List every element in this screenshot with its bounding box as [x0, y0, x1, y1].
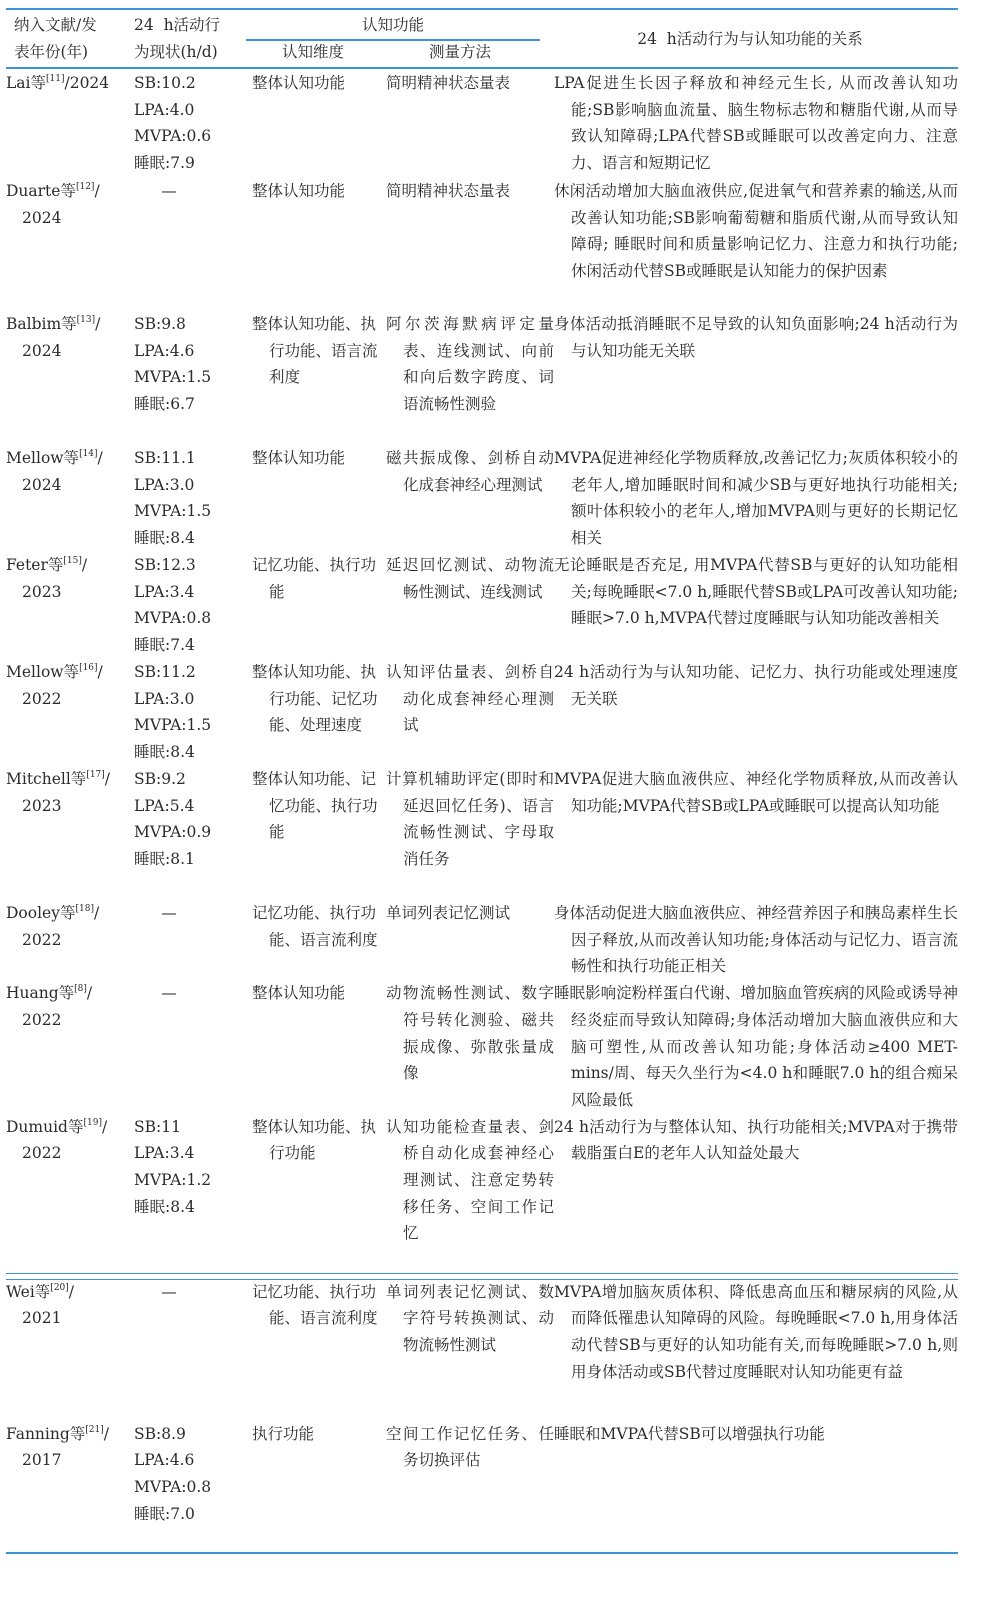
- header-col-reference: 纳入文献/发表年份(年): [14, 12, 97, 66]
- citation-ref: [8]: [74, 984, 87, 994]
- activity-value: 睡眠:8.4: [134, 739, 252, 766]
- activity-cognition-relation: MVPA促进大脑血液供应、神经化学物质释放,从而改善认知功能;MVPA代替SB或…: [554, 766, 958, 819]
- activity-cognition-relation: 24 h活动行为与认知功能、记忆力、执行功能或处理速度无关联: [554, 659, 958, 712]
- cognitive-dimension: 整体认知功能、执行功能: [252, 1114, 386, 1167]
- cell-dimension: 整体认知功能、执行功能、记忆功能、处理速度: [252, 659, 386, 766]
- activity-value: SB:11.2: [134, 659, 252, 686]
- citation-ref: [13]: [77, 315, 95, 325]
- cell-dimension: 整体认知功能、执行功能: [252, 1114, 386, 1274]
- activity-cognition-relation: 24 h活动行为与整体认知、执行功能相关;MVPA对于携带载脂蛋白E的老年人认知…: [554, 1114, 958, 1167]
- activity-value: 睡眠:7.4: [134, 632, 252, 659]
- activity-cognition-relation: 无论睡眠是否充足, 用MVPA代替SB与更好的认知功能相关;每晚睡眠<7.0 h…: [554, 552, 958, 632]
- cell-relation: 无论睡眠是否充足, 用MVPA代替SB与更好的认知功能相关;每晚睡眠<7.0 h…: [554, 552, 958, 659]
- measurement-method: 阿尔茨海默病评定量表、连线测试、向前和向后数字跨度、词语流畅性测验: [386, 311, 554, 418]
- citation-ref: [16]: [79, 663, 97, 673]
- activity-value: MVPA:1.5: [134, 498, 252, 525]
- activity-value: 睡眠:8.4: [134, 525, 252, 552]
- study-author: Huang等: [6, 984, 74, 1002]
- cell-dimension: 整体认知功能、记忆功能、执行功能: [252, 766, 386, 900]
- cognitive-dimension: 整体认知功能: [252, 445, 386, 472]
- activity-value: MVPA:0.9: [134, 819, 252, 846]
- cell-reference: Mellow等[16]/2022: [6, 659, 134, 766]
- study-year: 2023: [6, 579, 134, 606]
- citation-ref: [17]: [86, 770, 104, 780]
- cell-activity: SB:12.3LPA:3.4MVPA:0.8睡眠:7.4: [134, 552, 252, 659]
- activity-value: LPA:5.4: [134, 793, 252, 820]
- cell-activity: —: [134, 900, 252, 980]
- cognitive-dimension: 执行功能: [252, 1421, 386, 1448]
- header-group-cognitive-function: 认知功能: [246, 12, 540, 39]
- activity-empty: —: [134, 900, 204, 927]
- cell-reference: Dooley等[18]/2022: [6, 900, 134, 980]
- measurement-method: 认知功能检查量表、剑桥自动化成套神经心理测试、注意定势转移任务、空间工作记忆: [386, 1114, 554, 1248]
- activity-empty: —: [134, 178, 204, 205]
- cell-dimension: 执行功能: [252, 1421, 386, 1541]
- header-col-dimension: 认知维度: [246, 39, 380, 66]
- header-col-activity-line2: 为现状(h/d): [134, 43, 218, 61]
- study-author: Feter等: [6, 556, 63, 574]
- study-author: Fanning等: [6, 1425, 85, 1443]
- table-row: Feter等[15]/2023SB:12.3LPA:3.4MVPA:0.8睡眠:…: [6, 552, 958, 659]
- measurement-method: 动物流畅性测试、数字符号转化测验、磁共振成像、弥散张量成像: [386, 980, 554, 1087]
- study-year: 2023: [6, 793, 134, 820]
- study-author: Dooley等: [6, 904, 75, 922]
- cell-activity: —: [134, 980, 252, 1114]
- activity-value: SB:12.3: [134, 552, 252, 579]
- cognitive-dimension: 整体认知功能、执行功能、语言流利度: [252, 311, 386, 391]
- citation-ref: [11]: [46, 74, 64, 84]
- activity-value: LPA:3.0: [134, 686, 252, 713]
- cell-reference: Duarte等[12]/2024: [6, 178, 134, 311]
- cell-dimension: 整体认知功能: [252, 980, 386, 1114]
- table-row: Lai等[11]/2024SB:10.2LPA:4.0MVPA:0.6睡眠:7.…: [6, 70, 958, 178]
- table-row: Mitchell等[17]/2023SB:9.2LPA:5.4MVPA:0.9睡…: [6, 766, 958, 900]
- cell-relation: MVPA促进神经化学物质释放,改善记忆力;灰质体积较小的老年人,增加睡眠时间和减…: [554, 445, 958, 552]
- study-year: 2024: [6, 472, 134, 499]
- cell-dimension: 记忆功能、执行功能: [252, 552, 386, 659]
- table-bottom-rule: [6, 1552, 958, 1554]
- cell-relation: 24 h活动行为与认知功能、记忆力、执行功能或处理速度无关联: [554, 659, 958, 766]
- table-body: Lai等[11]/2024SB:10.2LPA:4.0MVPA:0.6睡眠:7.…: [6, 70, 958, 1541]
- activity-value: LPA:4.6: [134, 1447, 252, 1474]
- cell-method: 延迟回忆测试、动物流畅性测试、连线测试: [386, 552, 554, 659]
- study-year: 2021: [6, 1305, 134, 1332]
- cell-relation: 睡眠和MVPA代替SB可以增强执行功能: [554, 1421, 958, 1541]
- activity-cognition-relation: MVPA增加脑灰质体积、降低患高血压和糖尿病的风险,从而降低罹患认知障碍的风险。…: [554, 1279, 958, 1386]
- cell-activity: —: [134, 178, 252, 311]
- activity-cognition-relation: 睡眠影响淀粉样蛋白代谢、增加脑血管疾病的风险或诱导神经炎症而导致认知障碍;身体活…: [554, 980, 958, 1114]
- activity-value: MVPA:0.8: [134, 1474, 252, 1501]
- cell-activity: SB:11.1LPA:3.0MVPA:1.5睡眠:8.4: [134, 445, 252, 552]
- header-col-reference-line1: 纳入文献/发: [14, 16, 97, 34]
- citation-ref: [19]: [83, 1118, 101, 1128]
- table-top-rule: [6, 8, 958, 10]
- study-year: 2017: [6, 1447, 134, 1474]
- cell-method: 计算机辅助评定(即时和延迟回忆任务)、语言流畅性测试、字母取消任务: [386, 766, 554, 900]
- cell-dimension: 记忆功能、执行功能、语言流利度: [252, 1274, 386, 1421]
- study-year: 2022: [6, 1140, 134, 1167]
- cell-activity: SB:10.2LPA:4.0MVPA:0.6睡眠:7.9: [134, 70, 252, 178]
- citation-ref: [20]: [50, 1283, 68, 1293]
- cell-dimension: 整体认知功能: [252, 178, 386, 311]
- cell-method: 简明精神状态量表: [386, 178, 554, 311]
- cell-relation: 24 h活动行为与整体认知、执行功能相关;MVPA对于携带载脂蛋白E的老年人认知…: [554, 1114, 958, 1274]
- measurement-method: 延迟回忆测试、动物流畅性测试、连线测试: [386, 552, 554, 605]
- activity-value: 睡眠:8.1: [134, 846, 252, 873]
- activity-cognition-relation: 身体活动促进大脑血液供应、神经营养因子和胰岛素样生长因子释放,从而改善认知功能;…: [554, 900, 958, 980]
- cognitive-dimension: 整体认知功能: [252, 178, 386, 205]
- measurement-method: 磁共振成像、剑桥自动化成套神经心理测试: [386, 445, 554, 498]
- activity-value: LPA:3.4: [134, 1140, 252, 1167]
- activity-value: 睡眠:7.9: [134, 150, 252, 177]
- citation-ref: [14]: [79, 449, 97, 459]
- cell-activity: SB:11.2LPA:3.0MVPA:1.5睡眠:8.4: [134, 659, 252, 766]
- cell-reference: Mellow等[14]/2024: [6, 445, 134, 552]
- cell-relation: 睡眠影响淀粉样蛋白代谢、增加脑血管疾病的风险或诱导神经炎症而导致认知障碍;身体活…: [554, 980, 958, 1114]
- citation-ref: [12]: [76, 182, 94, 192]
- activity-value: 睡眠:7.0: [134, 1501, 252, 1528]
- activity-value: SB:11.1: [134, 445, 252, 472]
- table-row: Fanning等[21]/2017SB:8.9LPA:4.6MVPA:0.8睡眠…: [6, 1421, 958, 1541]
- activity-value: MVPA:0.8: [134, 605, 252, 632]
- table-row: Mellow等[14]/2024SB:11.1LPA:3.0MVPA:1.5睡眠…: [6, 445, 958, 552]
- cell-relation: MVPA促进大脑血液供应、神经化学物质释放,从而改善认知功能;MVPA代替SB或…: [554, 766, 958, 900]
- cell-dimension: 整体认知功能: [252, 445, 386, 552]
- cell-method: 阿尔茨海默病评定量表、连线测试、向前和向后数字跨度、词语流畅性测验: [386, 311, 554, 445]
- study-year: 2022: [6, 686, 134, 713]
- table-row: Dumuid等[19]/2022SB:11LPA:3.4MVPA:1.2睡眠:8…: [6, 1114, 958, 1274]
- study-author: Lai等: [6, 74, 46, 92]
- activity-cognition-relation: 身体活动抵消睡眠不足导致的认知负面影响;24 h活动行为与认知功能无关联: [554, 311, 958, 364]
- page-break-rule-1: [6, 1273, 958, 1274]
- activity-value: 睡眠:6.7: [134, 391, 252, 418]
- activity-value: MVPA:1.5: [134, 364, 252, 391]
- cell-activity: —: [134, 1274, 252, 1421]
- citation-ref: [18]: [75, 904, 93, 914]
- cognitive-dimension: 记忆功能、执行功能、语言流利度: [252, 1279, 386, 1332]
- activity-value: SB:8.9: [134, 1421, 252, 1448]
- activity-empty: —: [134, 1279, 204, 1306]
- cell-reference: Dumuid等[19]/2022: [6, 1114, 134, 1274]
- page-break-rule-2: [6, 1279, 958, 1280]
- activity-cognition-relation: 睡眠和MVPA代替SB可以增强执行功能: [554, 1421, 958, 1448]
- cell-reference: Huang等[8]/2022: [6, 980, 134, 1114]
- cell-relation: LPA促进生长因子释放和神经元生长, 从而改善认知功能;SB影响脑血流量、脑生物…: [554, 70, 958, 178]
- study-year: 2022: [6, 1007, 134, 1034]
- measurement-method: 单词列表记忆测试、数字符号转换测试、动物流畅性测试: [386, 1279, 554, 1359]
- study-year: /2024: [64, 74, 109, 92]
- table-row: Huang等[8]/2022—整体认知功能动物流畅性测试、数字符号转化测验、磁共…: [6, 980, 958, 1114]
- cognitive-dimension: 整体认知功能: [252, 70, 386, 97]
- cell-method: 单词列表记忆测试、数字符号转换测试、动物流畅性测试: [386, 1274, 554, 1421]
- cell-reference: Balbim等[13]/2024: [6, 311, 134, 445]
- citation-ref: [15]: [63, 556, 81, 566]
- cell-activity: SB:11LPA:3.4MVPA:1.2睡眠:8.4: [134, 1114, 252, 1274]
- header-bottom-rule: [6, 67, 958, 69]
- cell-method: 磁共振成像、剑桥自动化成套神经心理测试: [386, 445, 554, 552]
- study-year: 2024: [6, 205, 134, 232]
- measurement-method: 单词列表记忆测试: [386, 900, 554, 927]
- cognitive-dimension: 记忆功能、执行功能、语言流利度: [252, 900, 386, 953]
- activity-cognition-relation: LPA促进生长因子释放和神经元生长, 从而改善认知功能;SB影响脑血流量、脑生物…: [554, 70, 958, 177]
- activity-value: MVPA:1.5: [134, 712, 252, 739]
- study-author: Mitchell等: [6, 770, 86, 788]
- study-author: Mellow等: [6, 449, 79, 467]
- measurement-method: 计算机辅助评定(即时和延迟回忆任务)、语言流畅性测试、字母取消任务: [386, 766, 554, 873]
- cognitive-dimension: 整体认知功能、执行功能、记忆功能、处理速度: [252, 659, 386, 739]
- cell-relation: 休闲活动增加大脑血液供应,促进氧气和营养素的输送,从而改善认知功能;SB影响葡萄…: [554, 178, 958, 311]
- table-row: Wei等[20]/2021—记忆功能、执行功能、语言流利度单词列表记忆测试、数字…: [6, 1274, 958, 1421]
- cell-relation: 身体活动抵消睡眠不足导致的认知负面影响;24 h活动行为与认知功能无关联: [554, 311, 958, 445]
- cognitive-dimension: 整体认知功能、记忆功能、执行功能: [252, 766, 386, 846]
- citation-ref: [21]: [85, 1425, 103, 1435]
- activity-value: MVPA:0.6: [134, 123, 252, 150]
- study-author: Dumuid等: [6, 1118, 83, 1136]
- cognitive-dimension: 记忆功能、执行功能: [252, 552, 386, 605]
- cell-dimension: 记忆功能、执行功能、语言流利度: [252, 900, 386, 980]
- header-col-method: 测量方法: [380, 39, 540, 66]
- cell-method: 简明精神状态量表: [386, 70, 554, 178]
- cell-method: 认知评估量表、剑桥自动化成套神经心理测试: [386, 659, 554, 766]
- activity-value: SB:9.2: [134, 766, 252, 793]
- study-year: 2022: [6, 927, 134, 954]
- header-col-reference-line2: 表年份(年): [14, 43, 88, 61]
- studies-table: Lai等[11]/2024SB:10.2LPA:4.0MVPA:0.6睡眠:7.…: [6, 70, 958, 1541]
- study-author: Mellow等: [6, 663, 79, 681]
- activity-value: SB:10.2: [134, 70, 252, 97]
- cell-method: 动物流畅性测试、数字符号转化测验、磁共振成像、弥散张量成像: [386, 980, 554, 1114]
- measurement-method: 简明精神状态量表: [386, 178, 554, 205]
- activity-value: MVPA:1.2: [134, 1167, 252, 1194]
- activity-value: LPA:4.0: [134, 97, 252, 124]
- activity-value: LPA:3.4: [134, 579, 252, 606]
- header-col-relation: 24 h活动行为与认知功能的关系: [548, 26, 952, 53]
- cell-reference: Wei等[20]/2021: [6, 1274, 134, 1421]
- cell-dimension: 整体认知功能、执行功能、语言流利度: [252, 311, 386, 445]
- activity-cognition-relation: 休闲活动增加大脑血液供应,促进氧气和营养素的输送,从而改善认知功能;SB影响葡萄…: [554, 178, 958, 285]
- measurement-method: 空间工作记忆任务、任务切换评估: [386, 1421, 554, 1474]
- activity-value: SB:11: [134, 1114, 252, 1141]
- study-author: Balbim等: [6, 315, 77, 333]
- measurement-method: 简明精神状态量表: [386, 70, 554, 97]
- header-col-activity: 24 h活动行为现状(h/d): [134, 12, 220, 66]
- cognitive-dimension: 整体认知功能: [252, 980, 386, 1007]
- table-row: Dooley等[18]/2022—记忆功能、执行功能、语言流利度单词列表记忆测试…: [6, 900, 958, 980]
- study-author: Wei等: [6, 1283, 50, 1301]
- activity-value: LPA:3.0: [134, 472, 252, 499]
- cell-method: 单词列表记忆测试: [386, 900, 554, 980]
- cell-reference: Lai等[11]/2024: [6, 70, 134, 178]
- activity-value: LPA:4.6: [134, 338, 252, 365]
- table-row: Balbim等[13]/2024SB:9.8LPA:4.6MVPA:1.5睡眠:…: [6, 311, 958, 445]
- activity-empty: —: [134, 980, 204, 1007]
- study-author: Duarte等: [6, 182, 76, 200]
- activity-value: 睡眠:8.4: [134, 1194, 252, 1221]
- cell-relation: 身体活动促进大脑血液供应、神经营养因子和胰岛素样生长因子释放,从而改善认知功能;…: [554, 900, 958, 980]
- cell-activity: SB:8.9LPA:4.6MVPA:0.8睡眠:7.0: [134, 1421, 252, 1541]
- cell-dimension: 整体认知功能: [252, 70, 386, 178]
- activity-cognition-relation: MVPA促进神经化学物质释放,改善记忆力;灰质体积较小的老年人,增加睡眠时间和减…: [554, 445, 958, 552]
- table-row: Duarte等[12]/2024—整体认知功能简明精神状态量表休闲活动增加大脑血…: [6, 178, 958, 311]
- header-col-activity-line1: 24 h活动行: [134, 16, 220, 34]
- table-row: Mellow等[16]/2022SB:11.2LPA:3.0MVPA:1.5睡眠…: [6, 659, 958, 766]
- cell-reference: Feter等[15]/2023: [6, 552, 134, 659]
- cell-activity: SB:9.2LPA:5.4MVPA:0.9睡眠:8.1: [134, 766, 252, 900]
- cell-method: 认知功能检查量表、剑桥自动化成套神经心理测试、注意定势转移任务、空间工作记忆: [386, 1114, 554, 1274]
- cell-relation: MVPA增加脑灰质体积、降低患高血压和糖尿病的风险,从而降低罹患认知障碍的风险。…: [554, 1274, 958, 1421]
- cell-reference: Mitchell等[17]/2023: [6, 766, 134, 900]
- measurement-method: 认知评估量表、剑桥自动化成套神经心理测试: [386, 659, 554, 739]
- study-year: 2024: [6, 338, 134, 365]
- cell-activity: SB:9.8LPA:4.6MVPA:1.5睡眠:6.7: [134, 311, 252, 445]
- cell-reference: Fanning等[21]/2017: [6, 1421, 134, 1541]
- activity-value: SB:9.8: [134, 311, 252, 338]
- cell-method: 空间工作记忆任务、任务切换评估: [386, 1421, 554, 1541]
